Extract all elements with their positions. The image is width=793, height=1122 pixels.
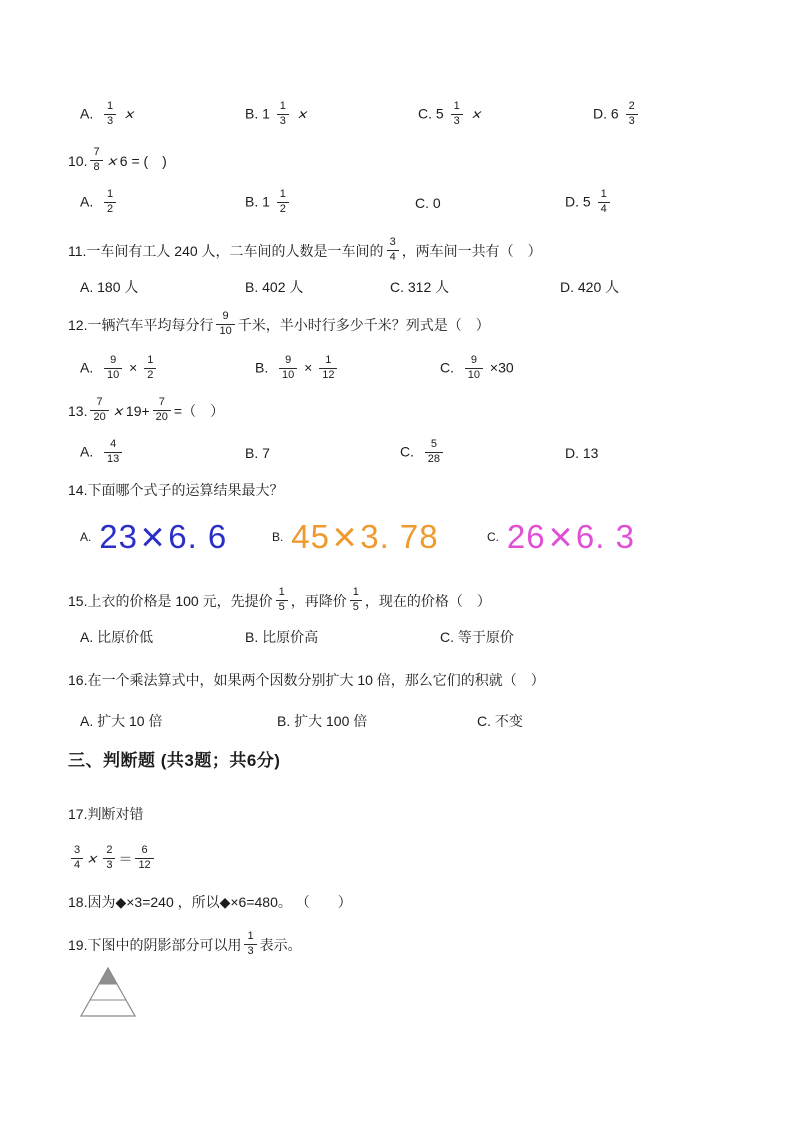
section-3-heading: 三、判断题 (共3题；共6分) bbox=[68, 749, 753, 773]
fraction: 910 bbox=[465, 354, 483, 381]
option-c: C. 910 ×30 bbox=[440, 355, 753, 382]
multiply-cross: × bbox=[548, 513, 573, 561]
option-c: C. 528 bbox=[400, 439, 565, 466]
option-c-label: C. bbox=[487, 530, 499, 544]
question-9-options: A. 13 × B. 1 13 × C. 5 13 × D. 6 23 bbox=[80, 95, 753, 135]
option-b-label: B. bbox=[272, 530, 283, 544]
question-19-figure bbox=[80, 967, 753, 1020]
fraction: 34 bbox=[71, 844, 83, 871]
fraction: 720 bbox=[90, 396, 108, 423]
question-14-options: A. 23×6. 6 B. 45×3. 78 C. 26×6. 3 bbox=[80, 515, 753, 559]
fraction: 34 bbox=[387, 236, 399, 263]
option-a: A. 910 × 12 bbox=[80, 355, 255, 382]
fraction: 910 bbox=[104, 354, 122, 381]
question-13: 13.720 × 19+ 720 =（ ） bbox=[68, 393, 753, 429]
option-c-expression: 26×6. 3 bbox=[507, 518, 635, 555]
fraction: 13 bbox=[277, 100, 289, 127]
option-d: D. 420 人 bbox=[560, 277, 753, 297]
option-b: B. 7 bbox=[245, 445, 400, 461]
question-15: 15.上衣的价格是 100 元，先提价 15 ，再降价 15 ，现在的价格（ ） bbox=[68, 583, 753, 619]
fraction: 13 bbox=[451, 100, 463, 127]
option-c: C. 等于原价 bbox=[440, 627, 753, 647]
exam-page: A. 13 × B. 1 13 × C. 5 13 × D. 6 23 10.7… bbox=[0, 0, 793, 1122]
question-11: 11.一车间有工人 240 人，二车间的人数是一车间的 34 ，两车间一共有（ … bbox=[68, 233, 753, 269]
option-b: B. 910 × 112 bbox=[255, 355, 440, 382]
fraction: 528 bbox=[425, 438, 443, 465]
question-18: 18.因为◆×3=240 ，所以◆×6=480。 （ ） bbox=[68, 891, 753, 913]
fraction: 78 bbox=[90, 146, 102, 173]
question-16: 16.在一个乘法算式中，如果两个因数分别扩大 10 倍，那么它们的积就（ ） bbox=[68, 669, 753, 691]
multiply-cross: × bbox=[110, 398, 128, 423]
question-10-options: A. 12 B. 1 12 C. 0 D. 5 14 bbox=[80, 183, 753, 223]
option-a: A. 180 人 bbox=[80, 277, 245, 297]
fraction: 13 bbox=[104, 100, 116, 127]
question-19: 19.下图中的阴影部分可以用 13 表示。 bbox=[68, 927, 753, 963]
question-12: 12.一辆汽车平均每分行 910 千米，半小时行多少千米？列式是（ ） bbox=[68, 307, 753, 343]
multiply-cross: × bbox=[122, 105, 137, 123]
option-a-expression: 23×6. 6 bbox=[99, 518, 227, 555]
option-c: C. 不变 bbox=[477, 711, 753, 731]
question-16-options: A. 扩大 10 倍 B. 扩大 100 倍 C. 不变 bbox=[80, 711, 753, 731]
option-d: D. 13 bbox=[565, 445, 753, 461]
multiply-cross: × bbox=[104, 148, 122, 173]
option-d: D. 5 14 bbox=[565, 189, 753, 216]
option-a: A. 扩大 10 倍 bbox=[80, 711, 277, 731]
option-a: A. 12 bbox=[80, 189, 245, 216]
option-b: B. 45×3. 78 bbox=[272, 518, 487, 556]
option-a: A. 413 bbox=[80, 439, 245, 466]
multiply-cross: × bbox=[332, 513, 357, 561]
fraction: 720 bbox=[153, 396, 171, 423]
option-a: A. 比原价低 bbox=[80, 627, 245, 647]
option-b: B. 402 人 bbox=[245, 277, 390, 297]
fraction: 910 bbox=[216, 310, 234, 337]
option-c: C. 0 bbox=[415, 195, 565, 211]
question-14: 14.下面哪个式子的运算结果最大？ bbox=[68, 479, 753, 501]
fraction: 14 bbox=[598, 188, 610, 215]
multiply-cross: × bbox=[295, 105, 310, 123]
fraction: 23 bbox=[103, 844, 115, 871]
fraction: 13 bbox=[244, 930, 256, 957]
question-11-options: A. 180 人 B. 402 人 C. 312 人 D. 420 人 bbox=[80, 277, 753, 297]
question-17: 17.判断对错 bbox=[68, 803, 753, 825]
option-d: D. 6 23 bbox=[593, 101, 753, 128]
question-17-formula: 34 × 23 ＝ 612 bbox=[68, 841, 753, 877]
option-b: B. 比原价高 bbox=[245, 627, 440, 647]
option-b: B. 扩大 100 倍 bbox=[277, 711, 477, 731]
fraction: 15 bbox=[276, 586, 288, 613]
fraction: 112 bbox=[319, 354, 337, 381]
option-b: B. 1 13 × bbox=[245, 101, 418, 128]
question-10: 10.78 × 6 = ( ) bbox=[68, 143, 753, 179]
shaded-top-region bbox=[99, 968, 117, 984]
fraction: 15 bbox=[350, 586, 362, 613]
option-c: C. 5 13 × bbox=[418, 101, 593, 128]
option-a: A. 23×6. 6 bbox=[80, 518, 272, 556]
fraction: 12 bbox=[104, 188, 116, 215]
fraction: 12 bbox=[277, 188, 289, 215]
multiply-cross: × bbox=[469, 105, 484, 123]
fraction: 910 bbox=[279, 354, 297, 381]
option-b: B. 1 12 bbox=[245, 189, 415, 216]
option-a-label: A. bbox=[80, 530, 91, 544]
fraction: 612 bbox=[135, 844, 153, 871]
option-a: A. 13 × bbox=[80, 101, 245, 128]
question-15-options: A. 比原价低 B. 比原价高 C. 等于原价 bbox=[80, 627, 753, 647]
fraction: 23 bbox=[626, 100, 638, 127]
fraction: 12 bbox=[144, 354, 156, 381]
multiply-cross: × bbox=[140, 513, 165, 561]
question-12-options: A. 910 × 12 B. 910 × 112 C. 910 ×30 bbox=[80, 349, 753, 389]
question-13-options: A. 413 B. 7 C. 528 D. 13 bbox=[80, 433, 753, 473]
fraction: 413 bbox=[104, 438, 122, 465]
triangle-figure bbox=[80, 967, 136, 1017]
multiply-cross: × bbox=[86, 850, 101, 868]
option-b-expression: 45×3. 78 bbox=[291, 518, 438, 555]
option-c: C. 312 人 bbox=[390, 277, 560, 297]
option-c: C. 26×6. 3 bbox=[487, 518, 753, 556]
